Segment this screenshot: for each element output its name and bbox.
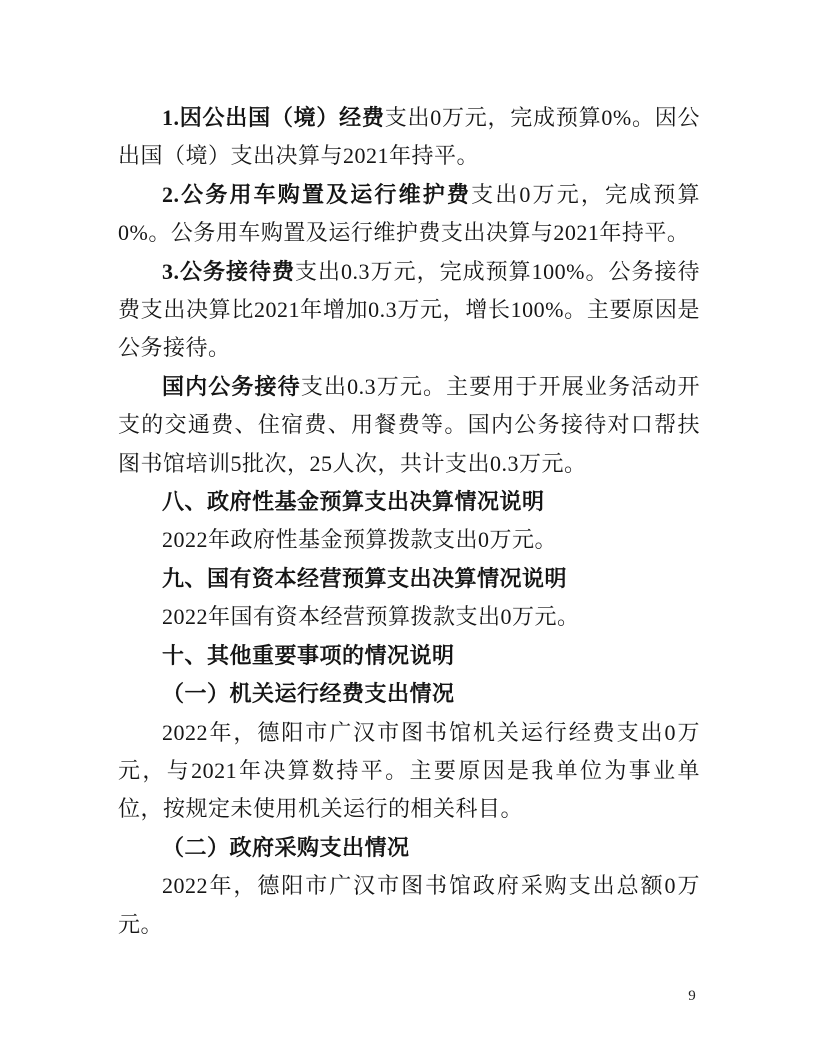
paragraph-text: 2022年，德阳市广汉市图书馆机关运行经费支出0万元，与2021年决算数持平。主…	[118, 720, 700, 822]
paragraph-domestic-reception: 国内公务接待支出0.3万元。主要用于开展业务活动开支的交通费、住宿费、用餐费等。…	[118, 368, 700, 483]
document-page: 1.因公出国（境）经费支出0万元，完成预算0%。因公出国（境）支出决算与2021…	[0, 0, 815, 1055]
paragraph-lead: 国内公务接待	[162, 374, 301, 399]
section-heading-10-other-matters: 十、其他重要事项的情况说明	[118, 637, 700, 675]
sub-heading-1-operating-expenses: （一）机关运行经费支出情况	[118, 675, 700, 713]
paragraph-official-reception: 3.公务接待费支出0.3万元，完成预算100%。公务接待费支出决算比2021年增…	[118, 253, 700, 368]
paragraph-state-capital: 2022年国有资本经营预算拨款支出0万元。	[118, 598, 700, 636]
paragraph-lead: 1.因公出国（境）经费	[162, 105, 385, 130]
paragraph-lead: 3.公务接待费	[162, 259, 295, 284]
document-content: 1.因公出国（境）经费支出0万元，完成预算0%。因公出国（境）支出决算与2021…	[118, 99, 700, 944]
paragraph-operating-expenses: 2022年，德阳市广汉市图书馆机关运行经费支出0万元，与2021年决算数持平。主…	[118, 714, 700, 829]
paragraph-text: 2022年政府性基金预算拨款支出0万元。	[162, 527, 557, 552]
section-heading-9-state-capital: 九、国有资本经营预算支出决算情况说明	[118, 560, 700, 598]
paragraph-government-funds: 2022年政府性基金预算拨款支出0万元。	[118, 521, 700, 559]
paragraph-official-vehicles: 2.公务用车购置及运行维护费支出0万元，完成预算0%。公务用车购置及运行维护费支…	[118, 176, 700, 253]
page-number: 9	[682, 986, 702, 1006]
sub-heading-2-government-procurement: （二）政府采购支出情况	[118, 829, 700, 867]
paragraph-foreign-travel: 1.因公出国（境）经费支出0万元，完成预算0%。因公出国（境）支出决算与2021…	[118, 99, 700, 176]
section-heading-8-government-funds: 八、政府性基金预算支出决算情况说明	[118, 483, 700, 521]
paragraph-text: 2022年国有资本经营预算拨款支出0万元。	[162, 604, 580, 629]
paragraph-lead: 2.公务用车购置及运行维护费	[162, 182, 471, 207]
paragraph-government-procurement: 2022年，德阳市广汉市图书馆政府采购支出总额0万元。	[118, 867, 700, 944]
paragraph-text: 2022年，德阳市广汉市图书馆政府采购支出总额0万元。	[118, 873, 700, 936]
